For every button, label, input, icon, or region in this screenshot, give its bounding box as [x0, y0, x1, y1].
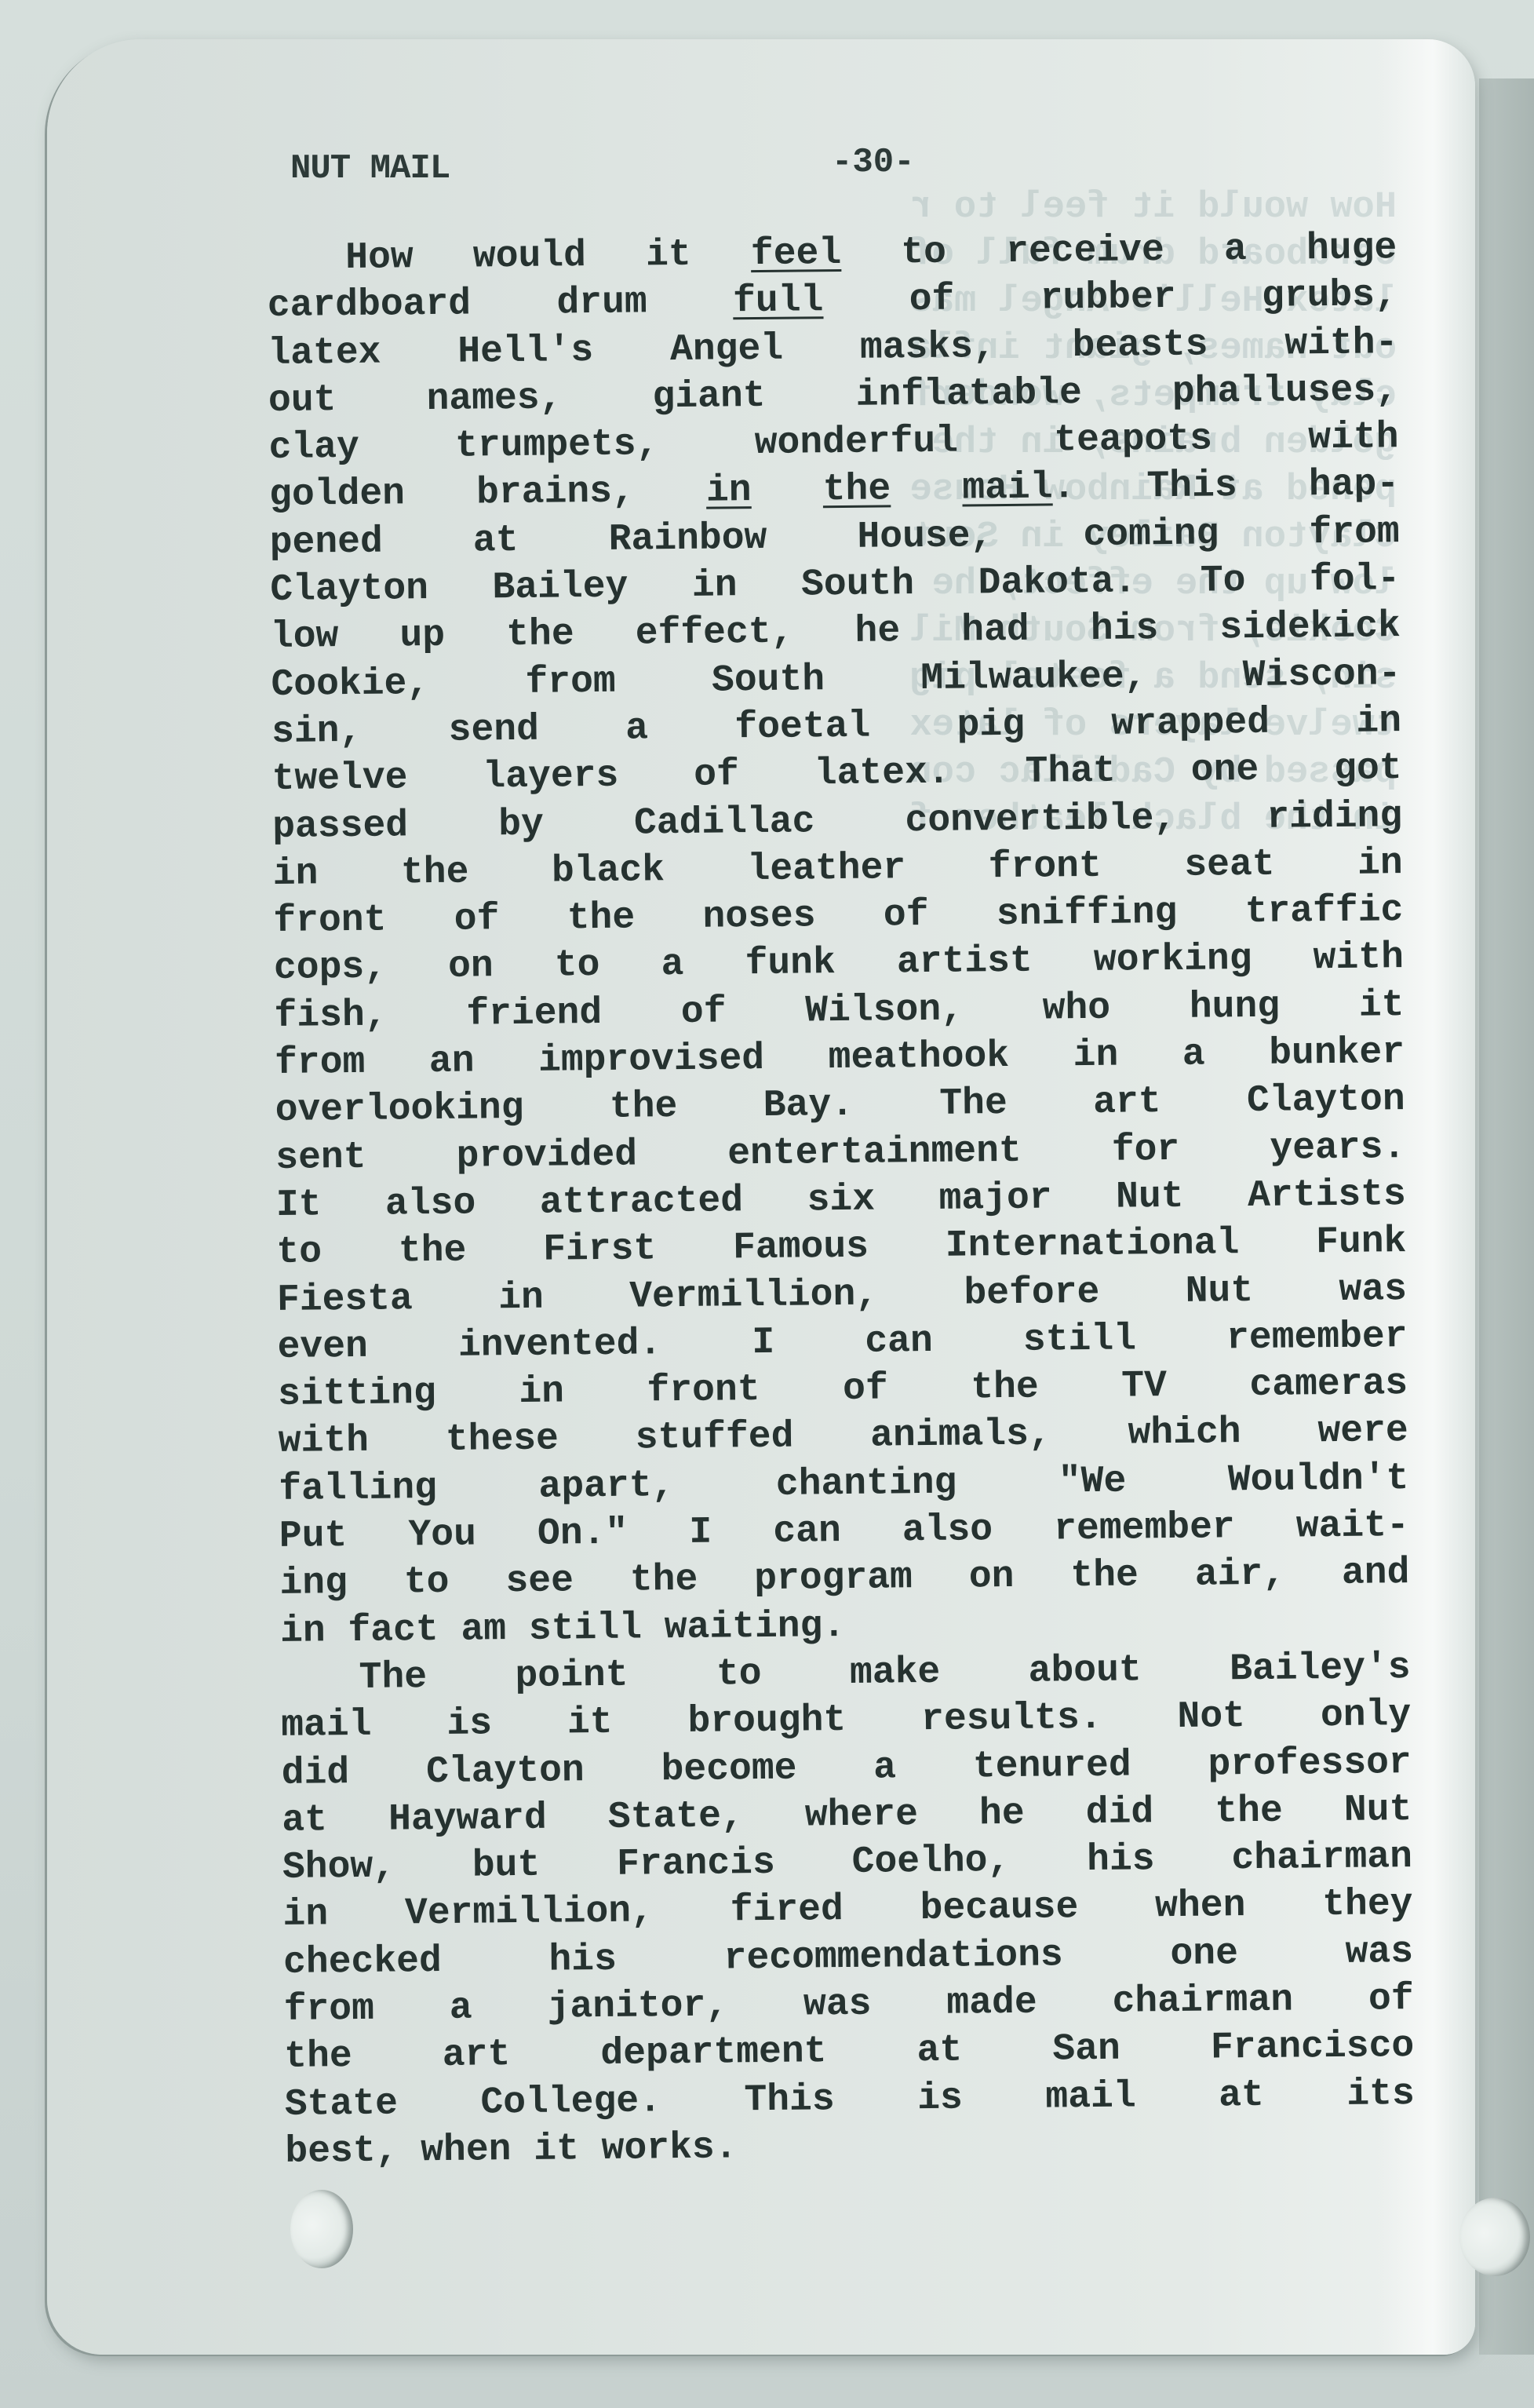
punch-hole-right — [1459, 2198, 1530, 2276]
body-text: How would it feel to receive a hugecardb… — [267, 224, 1416, 2176]
punch-hole-left — [290, 2190, 353, 2268]
page-number: -30- — [832, 143, 915, 182]
paragraph: How would it feel to receive a hugecardb… — [267, 224, 1410, 1655]
book-spine-shadow — [1479, 78, 1534, 2355]
page-header: NUT MAIL -30- — [290, 149, 1389, 196]
paragraph: The point to make about Bailey'smail is … — [280, 1644, 1415, 2176]
running-title: NUT MAIL — [290, 149, 450, 188]
